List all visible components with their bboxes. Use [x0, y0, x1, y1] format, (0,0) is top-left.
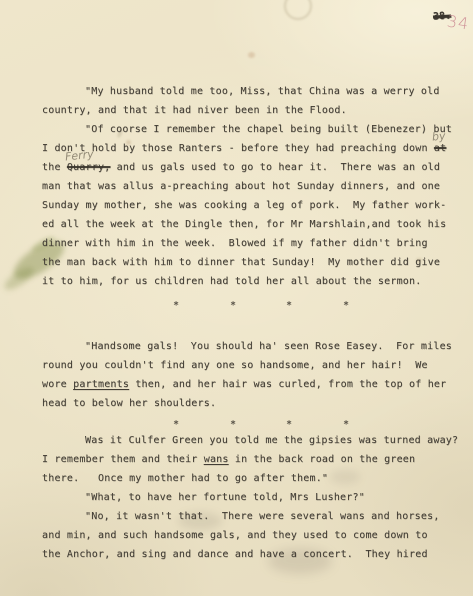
struck-word: atby	[434, 143, 446, 154]
text-segment: in the back road on the green	[229, 454, 416, 465]
typed-line: I remember them and their wans in the ba…	[42, 450, 457, 469]
text-segment: head to below her shoulders.	[42, 398, 216, 409]
typed-line: ed all the week at the Dingle then, for …	[42, 215, 457, 234]
typed-line: "What, to have her fortune told, Mrs Lus…	[42, 488, 457, 507]
text-segment: man that was allus a-preaching about hot…	[42, 181, 440, 192]
typed-line: it to him, for us children had told her …	[42, 272, 457, 291]
text-segment: the	[42, 162, 67, 173]
asterisk: *	[230, 296, 236, 315]
typescript-text: "My husband told me too, Miss, that Chin…	[42, 82, 457, 564]
typed-line: the man back with him to dinner that Sun…	[42, 253, 457, 272]
text-segment: Sunday my mother, she was cooking a leg …	[42, 200, 446, 211]
document-page: 38. 34 "My husband told me too, Miss, th…	[0, 0, 473, 596]
text-segment: the man back with him to dinner that Sun…	[42, 257, 440, 268]
text-segment: there. Once my mother had to go after th…	[42, 473, 328, 484]
text-segment: and us gals used to go to hear it. There…	[110, 162, 440, 173]
asterisk: *	[173, 415, 179, 434]
page-number-corner: 38. 34	[433, 4, 451, 23]
asterisk: *	[286, 296, 292, 315]
text-segment: ed all the week at the Dingle then, for …	[42, 219, 446, 230]
typed-line: "Of coorse I remember the chapel being b…	[42, 120, 457, 139]
text-segment: "What, to have her fortune told, Mrs Lus…	[85, 492, 365, 503]
underlined-word: partments	[73, 379, 129, 390]
asterisk: *	[286, 415, 292, 434]
underlined-word: wans	[204, 454, 229, 465]
typed-line: Sunday my mother, she was cooking a leg …	[42, 196, 457, 215]
typed-line: "My husband told me too, Miss, that Chin…	[42, 82, 457, 101]
typed-line: wore partments then, and her hair was cu…	[42, 375, 457, 394]
typed-line: the Anchor, and sing and dance and have …	[42, 545, 457, 564]
typed-line: man that was allus a-preaching about hot…	[42, 177, 457, 196]
text-segment: Was it Culfer Green you told me the gips…	[85, 435, 458, 446]
typed-line: "No, it wasn't that. There were several …	[42, 507, 457, 526]
asterisk-separator: ****	[42, 296, 457, 315]
typed-line: dinner with him in the week. Blowed if m…	[42, 234, 457, 253]
text-segment: it to him, for us children had told her …	[42, 276, 421, 287]
text-segment: I don't hold by those Ranters - before t…	[42, 143, 434, 154]
typed-line: there. Once my mother had to go after th…	[42, 469, 457, 488]
pencil-annotation: Ferry	[64, 149, 94, 163]
asterisk: *	[230, 415, 236, 434]
foxing-spot	[248, 52, 255, 58]
asterisk: *	[173, 296, 179, 315]
text-segment: country, and that it had niver been in t…	[42, 105, 347, 116]
text-segment: "Of coorse I remember the chapel being b…	[85, 124, 452, 135]
text-segment: then, and her hair was curled, from the …	[129, 379, 446, 390]
handwritten-page-number: 34	[446, 12, 471, 34]
typed-line: Was it Culfer Green you told me the gips…	[42, 431, 457, 450]
text-segment: I remember them and their	[42, 454, 204, 465]
text-segment: "Handsome gals! You should ha' seen Rose…	[85, 341, 452, 352]
asterisk: *	[343, 415, 349, 434]
text-segment: wore	[42, 379, 73, 390]
asterisk: *	[343, 296, 349, 315]
asterisk-separator: ****	[42, 415, 457, 429]
green-ink-stain	[1, 263, 36, 293]
text-segment: round you couldn't find any one so hands…	[42, 360, 428, 371]
text-segment: and min, and such handsome gals, and the…	[42, 530, 428, 541]
typed-line: head to below her shoulders.	[42, 394, 457, 413]
struck-word: Quarry,Ferry	[67, 162, 111, 173]
typed-line: the Quarry,Ferry and us gals used to go …	[42, 158, 457, 177]
text-segment: "My husband told me too, Miss, that Chin…	[85, 86, 440, 97]
text-segment: the Anchor, and sing and dance and have …	[42, 549, 428, 560]
pencil-annotation: by	[431, 130, 446, 142]
text-segment: dinner with him in the week. Blowed if m…	[42, 238, 428, 249]
text-segment: "No, it wasn't that. There were several …	[85, 511, 440, 522]
embossed-stamp-mark	[284, 0, 312, 20]
typed-line: and min, and such handsome gals, and the…	[42, 526, 457, 545]
typed-line: "Handsome gals! You should ha' seen Rose…	[42, 337, 457, 356]
typed-line: I don't hold by those Ranters - before t…	[42, 139, 457, 158]
typed-line: country, and that it had niver been in t…	[42, 101, 457, 120]
typed-line: round you couldn't find any one so hands…	[42, 356, 457, 375]
